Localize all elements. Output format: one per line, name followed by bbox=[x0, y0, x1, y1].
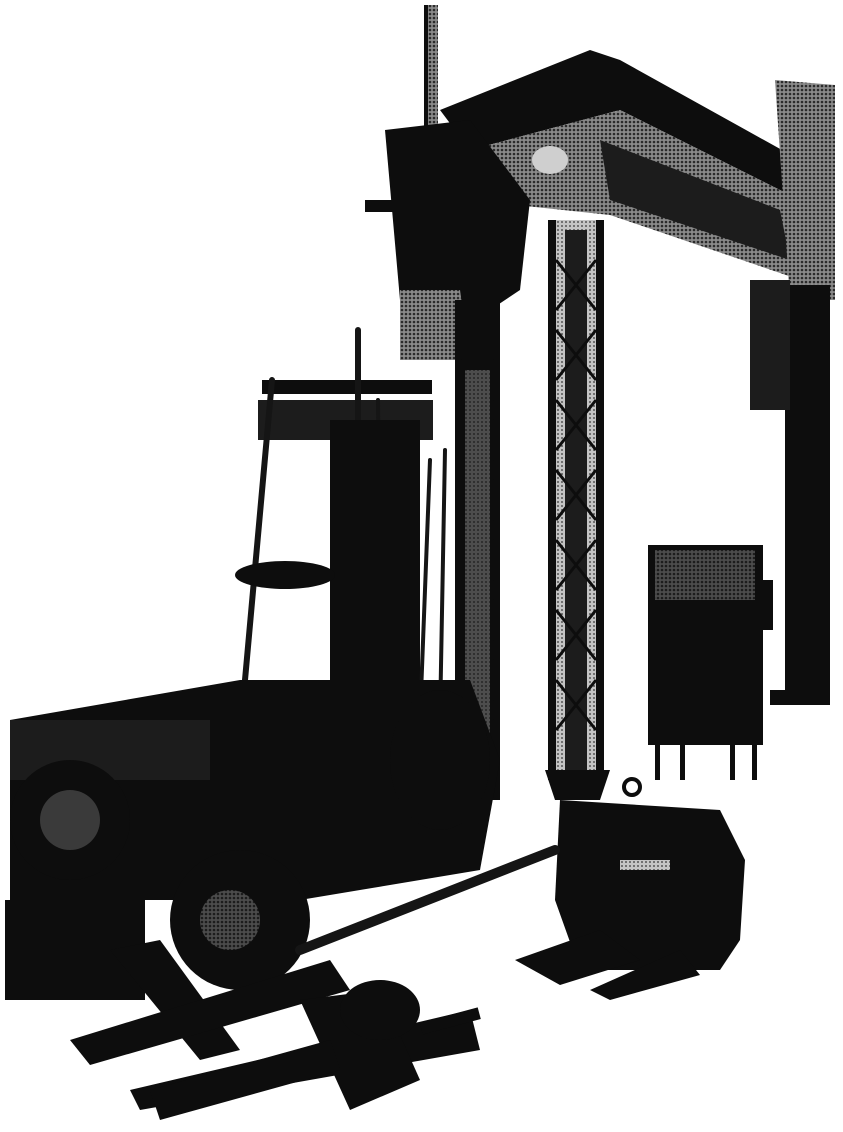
motor bbox=[515, 779, 745, 1000]
main-body bbox=[5, 680, 500, 1000]
control-cabinet bbox=[648, 545, 773, 780]
upper-stand bbox=[235, 330, 445, 720]
machinery-photograph bbox=[0, 0, 843, 1132]
lattice-column-right bbox=[545, 220, 610, 800]
